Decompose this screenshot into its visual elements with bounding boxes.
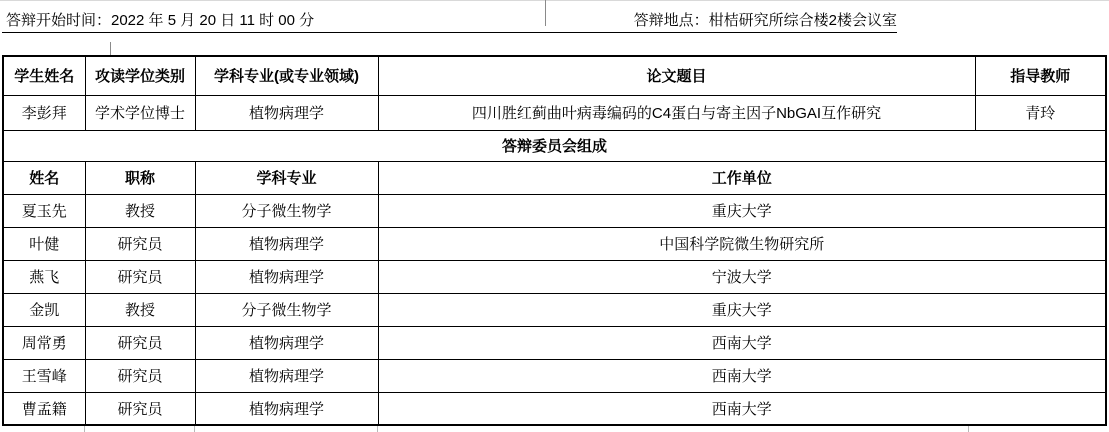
member-unit-cell: 宁波大学	[378, 260, 1106, 293]
member-title-cell: 研究员	[85, 227, 195, 260]
degree-type-cell: 学术学位博士	[85, 95, 195, 130]
member-name-cell: 周常勇	[3, 326, 85, 359]
committee-row: 曹孟籍 研究员 植物病理学 西南大学	[3, 392, 1106, 425]
advisor-cell: 青玲	[975, 95, 1106, 130]
header-degree-type: 攻读学位类别	[85, 56, 195, 95]
defense-table: 学生姓名 攻读学位类别 学科专业(或专业领域) 论文题目 指导教师 李彭拜 学术…	[2, 55, 1107, 426]
committee-section-title-row: 答辩委员会组成	[3, 130, 1106, 161]
student-row: 李彭拜 学术学位博士 植物病理学 四川胜红蓟曲叶病毒编码的C4蛋白与寄主因子Nb…	[3, 95, 1106, 130]
gridline-stub	[377, 425, 378, 432]
member-discipline-cell: 植物病理学	[195, 326, 378, 359]
member-unit-cell: 重庆大学	[378, 194, 1106, 227]
member-name-cell: 夏玉先	[3, 194, 85, 227]
committee-row: 王雪峰 研究员 植物病理学 西南大学	[3, 359, 1106, 392]
student-header-row: 学生姓名 攻读学位类别 学科专业(或专业领域) 论文题目 指导教师	[3, 56, 1106, 95]
defense-info-line: 答辩开始时间：2022 年 5 月 20 日 11 时 00 分 答辩地点：柑桔…	[2, 0, 897, 33]
header-name: 姓名	[3, 161, 85, 194]
gridline-stub	[968, 425, 969, 432]
committee-header-row: 姓名 职称 学科专业 工作单位	[3, 161, 1106, 194]
committee-row: 夏玉先 教授 分子微生物学 重庆大学	[3, 194, 1106, 227]
defense-schedule-page: { "top": { "defense_time": "答辩开始时间：2022 …	[0, 0, 1109, 432]
header-discipline: 学科专业	[195, 161, 378, 194]
member-discipline-cell: 植物病理学	[195, 227, 378, 260]
member-name-cell: 叶健	[3, 227, 85, 260]
member-unit-cell: 中国科学院微生物研究所	[378, 227, 1106, 260]
member-unit-cell: 西南大学	[378, 392, 1106, 425]
member-name-cell: 曹孟籍	[3, 392, 85, 425]
header-advisor: 指导教师	[975, 56, 1106, 95]
defense-time-text: 答辩开始时间：2022 年 5 月 20 日 11 时 00 分	[6, 9, 314, 30]
student-name-cell: 李彭拜	[3, 95, 85, 130]
header-major: 学科专业(或专业领域)	[195, 56, 378, 95]
member-title-cell: 研究员	[85, 392, 195, 425]
member-discipline-cell: 分子微生物学	[195, 194, 378, 227]
header-thesis-title: 论文题目	[378, 56, 975, 95]
member-title-cell: 教授	[85, 194, 195, 227]
major-cell: 植物病理学	[195, 95, 378, 130]
member-name-cell: 燕飞	[3, 260, 85, 293]
committee-row: 燕飞 研究员 植物病理学 宁波大学	[3, 260, 1106, 293]
member-title-cell: 研究员	[85, 260, 195, 293]
committee-row: 周常勇 研究员 植物病理学 西南大学	[3, 326, 1106, 359]
member-discipline-cell: 分子微生物学	[195, 293, 378, 326]
header-student-name: 学生姓名	[3, 56, 85, 95]
member-name-cell: 王雪峰	[3, 359, 85, 392]
thesis-title-cell: 四川胜红蓟曲叶病毒编码的C4蛋白与寄主因子NbGAI互作研究	[378, 95, 975, 130]
member-title-cell: 教授	[85, 293, 195, 326]
cell-divider-artifact	[110, 42, 111, 56]
member-name-cell: 金凯	[3, 293, 85, 326]
committee-row: 叶健 研究员 植物病理学 中国科学院微生物研究所	[3, 227, 1106, 260]
defense-location-text: 答辩地点：柑桔研究所综合楼2楼会议室	[634, 9, 897, 30]
gridline-stub	[84, 425, 85, 432]
member-unit-cell: 重庆大学	[378, 293, 1106, 326]
member-title-cell: 研究员	[85, 359, 195, 392]
gridline-stub	[194, 425, 195, 432]
header-job-title: 职称	[85, 161, 195, 194]
member-unit-cell: 西南大学	[378, 359, 1106, 392]
header-work-unit: 工作单位	[378, 161, 1106, 194]
member-title-cell: 研究员	[85, 326, 195, 359]
member-discipline-cell: 植物病理学	[195, 359, 378, 392]
member-unit-cell: 西南大学	[378, 326, 1106, 359]
member-discipline-cell: 植物病理学	[195, 392, 378, 425]
member-discipline-cell: 植物病理学	[195, 260, 378, 293]
committee-section-title: 答辩委员会组成	[3, 130, 1106, 161]
committee-row: 金凯 教授 分子微生物学 重庆大学	[3, 293, 1106, 326]
